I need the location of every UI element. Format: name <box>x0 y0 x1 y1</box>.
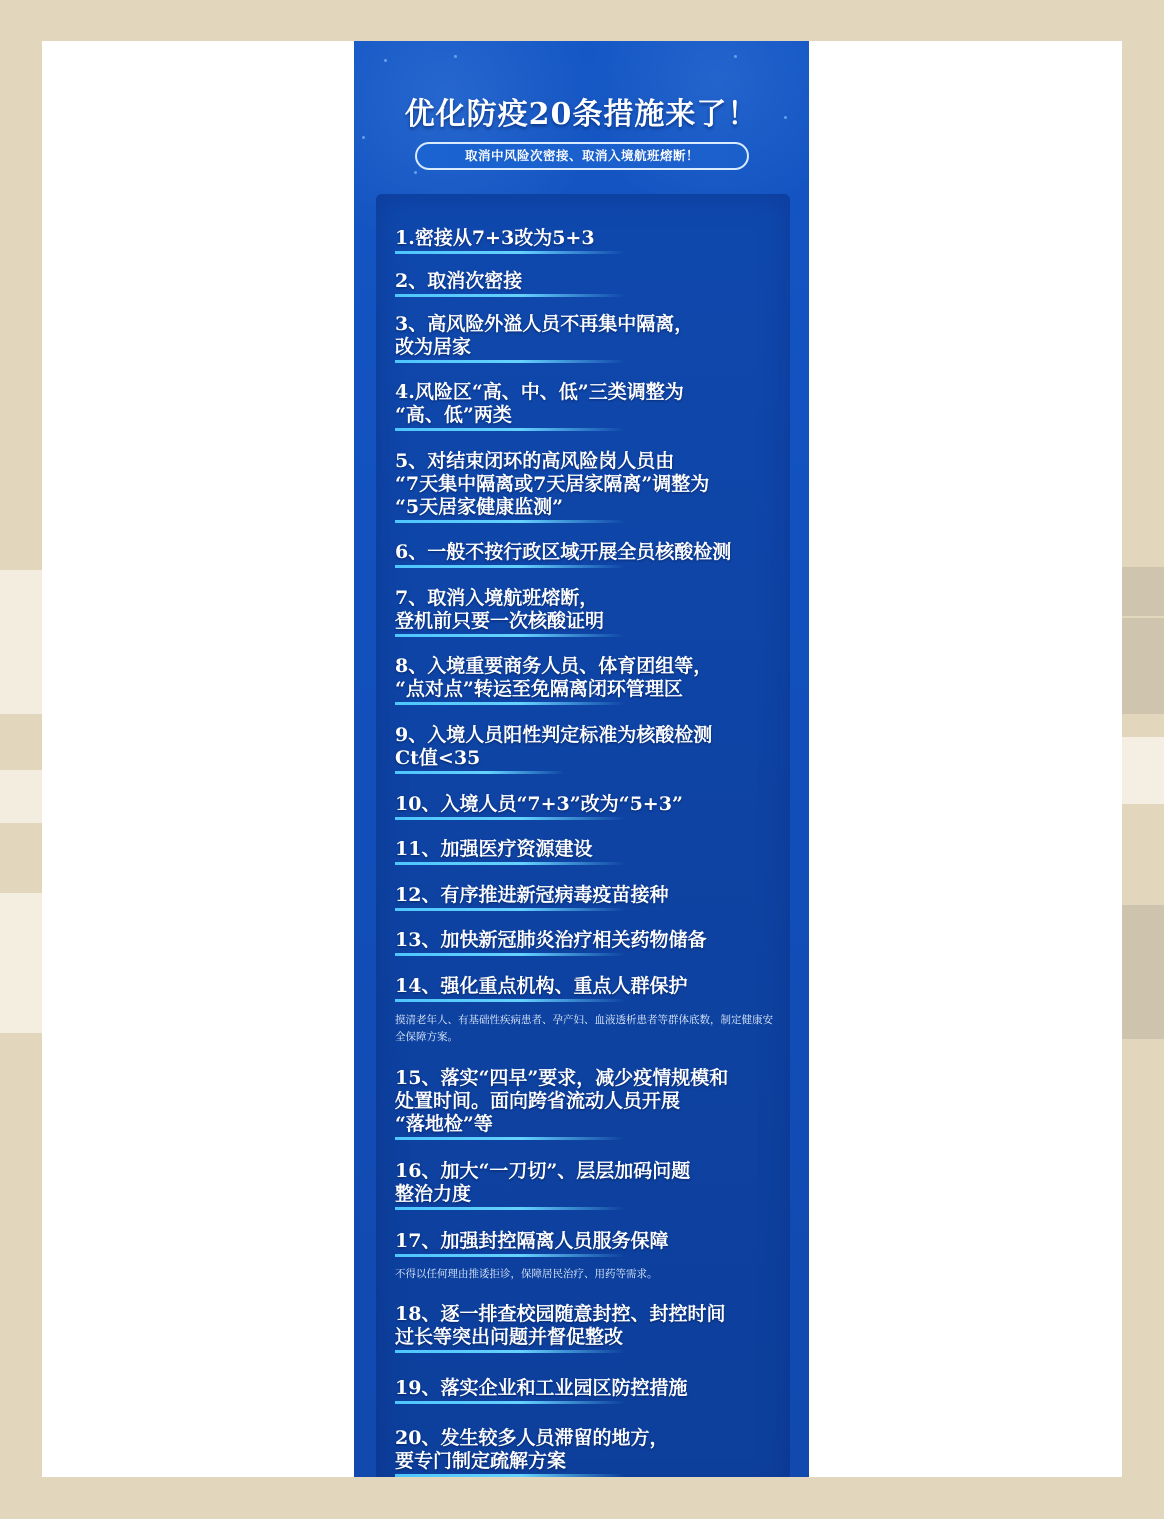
list-item: 10、入境人员“7+3”改为“5+3” <box>395 793 775 820</box>
item-underline <box>395 702 625 705</box>
measure-text: 7、取消入境航班熔断， 登机前只要一次核酸证明 <box>395 587 775 633</box>
poster-subtitle: 取消中风险次密接、取消入境航班熔断！ <box>415 142 749 170</box>
measure-text: 15、落实“四早”要求，减少疫情规模和 处置时间。面向跨省流动人员开展 “落地检… <box>395 1067 775 1136</box>
measure-text: 4.风险区“高、中、低”三类调整为 “高、低”两类 <box>395 381 775 427</box>
item-underline <box>395 1401 625 1404</box>
item-underline <box>395 360 625 363</box>
item-underline <box>395 1350 625 1353</box>
decor-dot <box>454 55 457 58</box>
item-underline <box>395 565 625 568</box>
item-underline <box>395 1207 625 1210</box>
list-item: 18、逐一排查校园随意封控、封控时间 过长等突出问题并督促整改 <box>395 1303 775 1353</box>
list-item: 15、落实“四早”要求，减少疫情规模和 处置时间。面向跨省流动人员开展 “落地检… <box>395 1067 775 1140</box>
item-underline <box>395 999 625 1002</box>
bg-band-left-1 <box>0 570 42 714</box>
poster-title: 优化防疫20条措施来了！ <box>354 89 809 133</box>
list-item: 2、取消次密接 <box>395 270 775 297</box>
item-underline <box>395 953 625 956</box>
bg-band-left-3 <box>0 893 42 1033</box>
measure-text: 19、落实企业和工业园区防控措施 <box>395 1377 775 1400</box>
item-underline <box>395 251 625 254</box>
item-underline <box>395 1474 625 1477</box>
item-underline <box>395 1254 625 1257</box>
measure-text: 17、加强封控隔离人员服务保障 <box>395 1230 775 1253</box>
list-item: 12、有序推进新冠病毒疫苗接种 <box>395 884 775 911</box>
poster: 优化防疫20条措施来了！ 取消中风险次密接、取消入境航班熔断！ 1.密接从7+3… <box>354 41 809 1477</box>
measure-note: 摸清老年人、有基础性疾病患者、孕产妇、血液透析患者等群体底数，制定健康安全保障方… <box>395 1012 775 1046</box>
measure-note: 不得以任何理由推诿拒诊，保障居民治疗、用药等需求。 <box>395 1266 775 1283</box>
measure-text: 20、发生较多人员滞留的地方， 要专门制定疏解方案 <box>395 1427 775 1473</box>
list-item: 16、加大“一刀切”、层层加码问题 整治力度 <box>395 1160 775 1210</box>
list-item: 14、强化重点机构、重点人群保护 <box>395 975 775 1002</box>
measure-text: 9、入境人员阳性判定标准为核酸检测 Ct值<35 <box>395 724 775 770</box>
measures-panel: 1.密接从7+3改为5+3 2、取消次密接 3、高风险外溢人员不再集中隔离， 改… <box>376 194 790 1477</box>
list-item: 11、加强医疗资源建设 <box>395 838 775 865</box>
list-item: 1.密接从7+3改为5+3 <box>395 227 775 254</box>
item-underline <box>395 294 625 297</box>
list-item: 9、入境人员阳性判定标准为核酸检测 Ct值<35 <box>395 724 775 774</box>
list-item: 17、加强封控隔离人员服务保障 <box>395 1230 775 1257</box>
bg-band-right-2 <box>1122 618 1164 714</box>
decor-dot <box>384 59 387 62</box>
item-underline <box>395 1137 625 1140</box>
item-underline <box>395 428 625 431</box>
measure-text: 12、有序推进新冠病毒疫苗接种 <box>395 884 775 907</box>
measure-text: 11、加强医疗资源建设 <box>395 838 775 861</box>
measure-text: 6、一般不按行政区域开展全员核酸检测 <box>395 541 775 564</box>
list-item: 3、高风险外溢人员不再集中隔离， 改为居家 <box>395 313 775 363</box>
measure-text: 3、高风险外溢人员不再集中隔离， 改为居家 <box>395 313 775 359</box>
item-underline <box>395 817 625 820</box>
list-item: 6、一般不按行政区域开展全员核酸检测 <box>395 541 775 568</box>
bg-band-right-1 <box>1122 567 1164 616</box>
bg-band-right-3 <box>1122 737 1164 804</box>
measure-text: 5、对结束闭环的高风险岗人员由 “7天集中隔离或7天居家隔离”调整为 “5天居家… <box>395 450 775 519</box>
list-item: 19、落实企业和工业园区防控措施 <box>395 1377 775 1404</box>
list-item: 5、对结束闭环的高风险岗人员由 “7天集中隔离或7天居家隔离”调整为 “5天居家… <box>395 450 775 523</box>
measure-text: 16、加大“一刀切”、层层加码问题 整治力度 <box>395 1160 775 1206</box>
measure-text: 14、强化重点机构、重点人群保护 <box>395 975 775 998</box>
item-underline <box>395 908 625 911</box>
measure-text: 10、入境人员“7+3”改为“5+3” <box>395 793 775 816</box>
item-underline <box>395 634 625 637</box>
item-underline <box>395 520 625 523</box>
decor-dot <box>734 55 737 58</box>
list-item: 8、入境重要商务人员、体育团组等， “点对点”转运至免隔离闭环管理区 <box>395 655 775 705</box>
bg-band-left-2 <box>0 770 42 823</box>
measure-text: 8、入境重要商务人员、体育团组等， “点对点”转运至免隔离闭环管理区 <box>395 655 775 701</box>
item-underline <box>395 862 625 865</box>
item-underline <box>395 771 565 774</box>
measure-text: 13、加快新冠肺炎治疗相关药物储备 <box>395 929 775 952</box>
list-item: 7、取消入境航班熔断， 登机前只要一次核酸证明 <box>395 587 775 637</box>
measure-text: 2、取消次密接 <box>395 270 775 293</box>
measure-text: 18、逐一排查校园随意封控、封控时间 过长等突出问题并督促整改 <box>395 1303 775 1349</box>
measure-text: 1.密接从7+3改为5+3 <box>395 227 775 250</box>
list-item: 13、加快新冠肺炎治疗相关药物储备 <box>395 929 775 956</box>
decor-dot <box>362 136 365 139</box>
bg-band-right-4 <box>1122 905 1164 1039</box>
list-item: 20、发生较多人员滞留的地方， 要专门制定疏解方案 <box>395 1427 775 1477</box>
decor-dot <box>414 171 417 174</box>
list-item: 4.风险区“高、中、低”三类调整为 “高、低”两类 <box>395 381 775 431</box>
